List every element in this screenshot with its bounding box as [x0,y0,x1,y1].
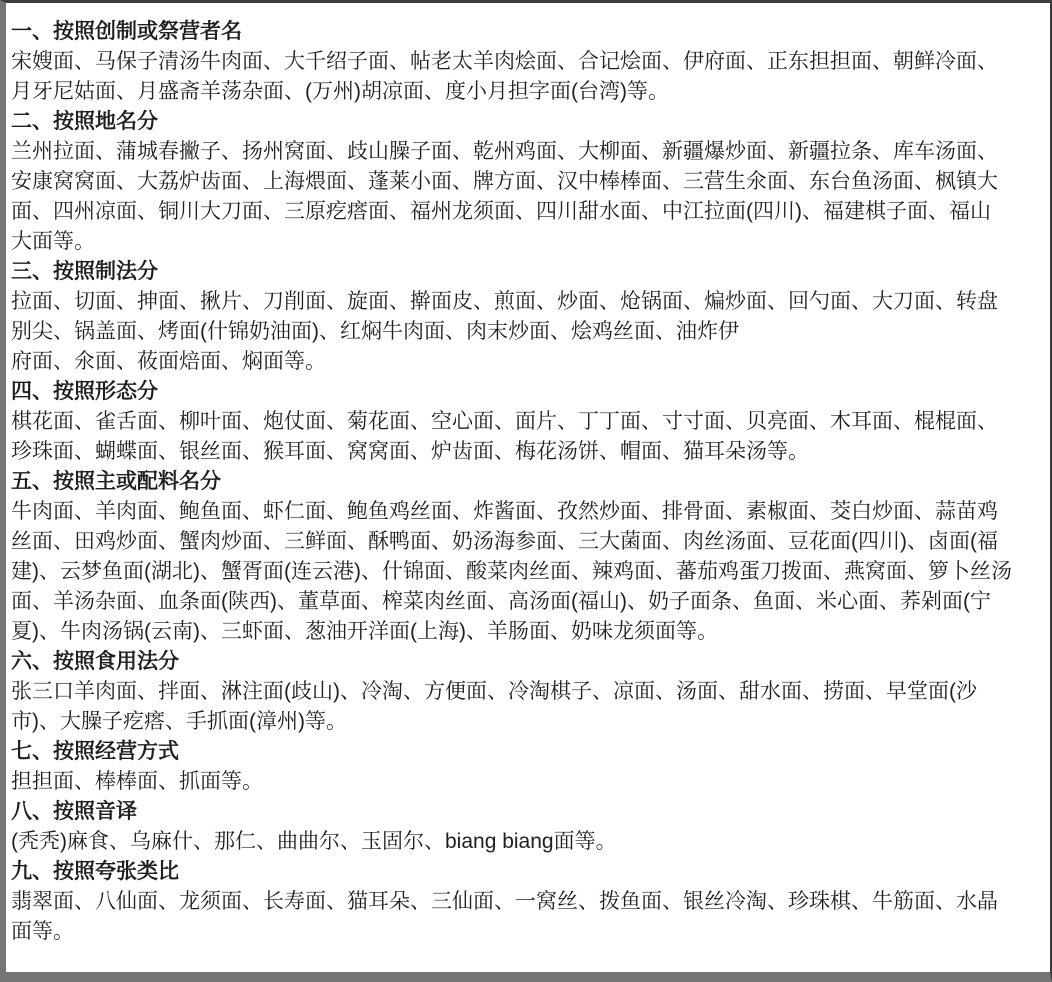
section-body-line: 宋嫂面、马保子清汤牛肉面、大千绍子面、帖老太羊肉烩面、合记烩面、伊府面、正东担担… [11,47,1044,77]
section-body-line: 张三口羊肉面、拌面、淋注面(歧山)、冷淘、方便面、冷淘棋子、凉面、汤面、甜水面、… [11,677,1044,707]
section: 一、按照创制或祭营者名宋嫂面、马保子清汤牛肉面、大千绍子面、帖老太羊肉烩面、合记… [11,17,1044,107]
section-body-line: 建)、云梦鱼面(湖北)、蟹胥面(连云港)、什锦面、酸菜肉丝面、辣鸡面、蕃茄鸡蛋刀… [11,557,1044,587]
document-body: 一、按照创制或祭营者名宋嫂面、马保子清汤牛肉面、大千绍子面、帖老太羊肉烩面、合记… [11,17,1044,947]
section-body-line: 翡翠面、八仙面、龙须面、长寿面、猫耳朵、三仙面、一窝丝、拨鱼面、银丝冷淘、珍珠棋… [11,887,1044,917]
section: 四、按照形态分棋花面、雀舌面、柳叶面、炮仗面、菊花面、空心面、面片、丁丁面、寸寸… [11,377,1044,467]
section-body-line: 兰州拉面、蒲城春撇子、扬州窝面、歧山臊子面、乾州鸡面、大柳面、新疆爆炒面、新疆拉… [11,137,1044,167]
section-body-line: 担担面、棒棒面、抓面等。 [11,767,1044,797]
section-body-line: 珍珠面、蝴蝶面、银丝面、猴耳面、窝窝面、炉齿面、梅花汤饼、帽面、猫耳朵汤等。 [11,437,1044,467]
section-heading: 二、按照地名分 [11,107,1044,137]
section-body-line: 牛肉面、羊肉面、鲍鱼面、虾仁面、鲍鱼鸡丝面、炸酱面、孜然炒面、排骨面、素椒面、茭… [11,497,1044,527]
section-body-line: 面、羊汤杂面、血条面(陕西)、董草面、榨菜肉丝面、高汤面(福山)、奶子面条、鱼面… [11,587,1044,617]
section-heading: 九、按照夸张类比 [11,857,1044,887]
section-heading: 七、按照经营方式 [11,737,1044,767]
section-heading: 六、按照食用法分 [11,647,1044,677]
section-body-line: 安康窝窝面、大荔炉齿面、上海煨面、蓬莱小面、牌方面、汉中棒棒面、三营生氽面、东台… [11,167,1044,197]
section: 七、按照经营方式担担面、棒棒面、抓面等。 [11,737,1044,797]
section-body-line: 面、四州凉面、铜川大刀面、三原疙瘩面、福州龙须面、四川甜水面、中江拉面(四川)、… [11,197,1044,227]
section-body-line: 丝面、田鸡炒面、蟹肉炒面、三鲜面、酥鸭面、奶汤海参面、三大菌面、肉丝汤面、豆花面… [11,527,1044,557]
section-body-line: 月牙尼姑面、月盛斋羊荡杂面、(万州)胡凉面、度小月担字面(台湾)等。 [11,77,1044,107]
section: 五、按照主或配料名分牛肉面、羊肉面、鲍鱼面、虾仁面、鲍鱼鸡丝面、炸酱面、孜然炒面… [11,467,1044,647]
document-page: 一、按照创制或祭营者名宋嫂面、马保子清汤牛肉面、大千绍子面、帖老太羊肉烩面、合记… [0,0,1052,982]
section-body-line: 别尖、锅盖面、烤面(什锦奶油面)、红焖牛肉面、肉末炒面、烩鸡丝面、油炸伊 [11,317,1044,347]
section: 八、按照音译(秃秃)麻食、乌麻什、那仁、曲曲尔、玉固尔、biang biang面… [11,797,1044,857]
section: 三、按照制法分拉面、切面、抻面、揪片、刀削面、旋面、擀面皮、煎面、炒面、炝锅面、… [11,257,1044,377]
section-heading: 四、按照形态分 [11,377,1044,407]
section-heading: 五、按照主或配料名分 [11,467,1044,497]
section-body-line: 夏)、牛肉汤锅(云南)、三虾面、葱油开洋面(上海)、羊肠面、奶味龙须面等。 [11,617,1044,647]
section: 六、按照食用法分张三口羊肉面、拌面、淋注面(歧山)、冷淘、方便面、冷淘棋子、凉面… [11,647,1044,737]
section-body-line: 拉面、切面、抻面、揪片、刀削面、旋面、擀面皮、煎面、炒面、炝锅面、煸炒面、回勺面… [11,287,1044,317]
section-body-line: 面等。 [11,917,1044,947]
section-body-line: (秃秃)麻食、乌麻什、那仁、曲曲尔、玉固尔、biang biang面等。 [11,827,1044,857]
section-heading: 三、按照制法分 [11,257,1044,287]
section-heading: 一、按照创制或祭营者名 [11,17,1044,47]
section-body-line: 棋花面、雀舌面、柳叶面、炮仗面、菊花面、空心面、面片、丁丁面、寸寸面、贝亮面、木… [11,407,1044,437]
section-body-line: 市)、大臊子疙瘩、手抓面(漳州)等。 [11,707,1044,737]
section-body-line: 府面、氽面、莜面焙面、焖面等。 [11,347,1044,377]
section: 九、按照夸张类比翡翠面、八仙面、龙须面、长寿面、猫耳朵、三仙面、一窝丝、拨鱼面、… [11,857,1044,947]
section-heading: 八、按照音译 [11,797,1044,827]
section-body-line: 大面等。 [11,227,1044,257]
section: 二、按照地名分兰州拉面、蒲城春撇子、扬州窝面、歧山臊子面、乾州鸡面、大柳面、新疆… [11,107,1044,257]
